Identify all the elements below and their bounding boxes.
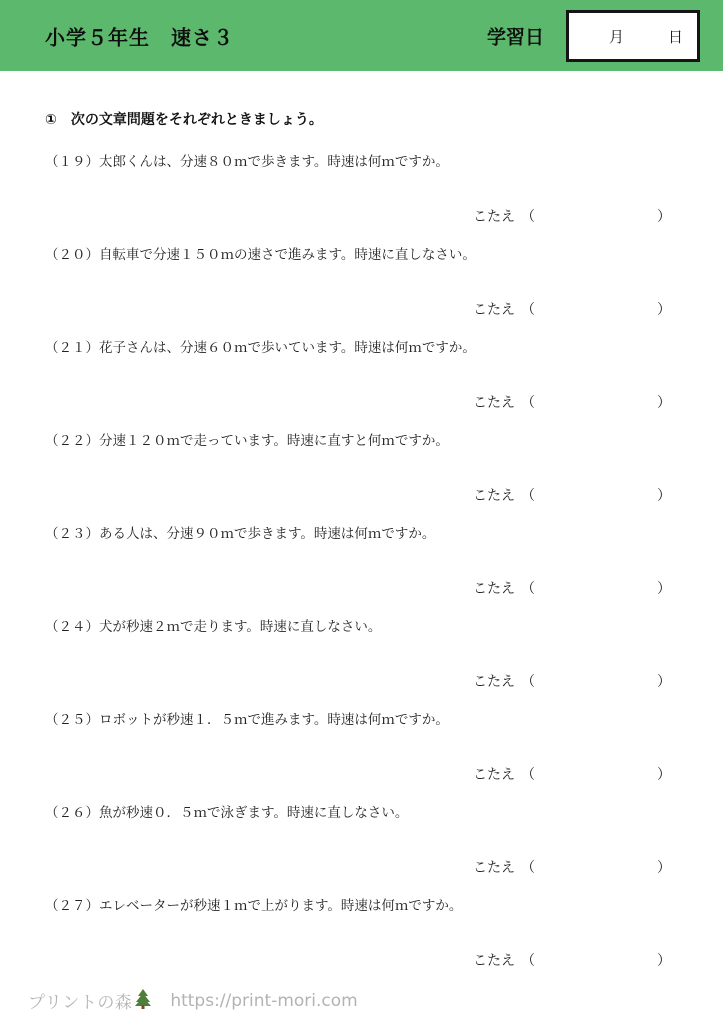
instruction-heading: ①次の文章問題をそれぞれときましょう。 xyxy=(45,111,723,130)
close-paren: ） xyxy=(657,395,671,411)
answer-label: こたえ xyxy=(473,767,515,783)
question-block: （２４）犬が秒速２ｍで走ります。時速に直しなさい。 こたえ（） xyxy=(0,618,723,692)
question-block: （１９）太郎くんは、分速８０ｍで歩きます。時速は何ｍですか。 こたえ（） xyxy=(0,153,723,227)
question-text: （２５）ロボットが秒速１．５ｍで進みます。時速は何ｍですか。 xyxy=(45,711,693,730)
pine-tree-icon xyxy=(134,989,152,1014)
answer-row: こたえ（） xyxy=(0,766,671,785)
answer-row: こたえ（） xyxy=(0,580,671,599)
open-paren: （ xyxy=(521,395,535,411)
question-text: （２６）魚が秒速０．５ｍで泳ぎます。時速に直しなさい。 xyxy=(45,804,693,823)
open-paren: （ xyxy=(521,674,535,690)
close-paren: ） xyxy=(657,581,671,597)
month-label: 月 xyxy=(609,26,624,47)
close-paren: ） xyxy=(657,302,671,318)
question-block: （２６）魚が秒速０．５ｍで泳ぎます。時速に直しなさい。 こたえ（） xyxy=(0,804,723,878)
question-block: （２２）分速１２０ｍで走っています。時速に直すと何ｍですか。 こたえ（） xyxy=(0,432,723,506)
answer-blank xyxy=(535,499,657,500)
answer-blank xyxy=(535,964,657,965)
answer-label: こたえ xyxy=(473,581,515,597)
answer-label: こたえ xyxy=(473,674,515,690)
open-paren: （ xyxy=(521,302,535,318)
question-text: （２２）分速１２０ｍで走っています。時速に直すと何ｍですか。 xyxy=(45,432,693,451)
close-paren: ） xyxy=(657,767,671,783)
answer-row: こたえ（） xyxy=(0,301,671,320)
answer-blank xyxy=(535,406,657,407)
answer-row: こたえ（） xyxy=(0,952,671,971)
close-paren: ） xyxy=(657,860,671,876)
open-paren: （ xyxy=(521,767,535,783)
worksheet-header: 小学５年生 速さ３ 学習日 月 日 xyxy=(0,0,723,71)
answer-label: こたえ xyxy=(473,209,515,225)
close-paren: ） xyxy=(657,209,671,225)
site-url: https://print-mori.com xyxy=(170,991,357,1011)
instruction-text: 次の文章問題をそれぞれときましょう。 xyxy=(71,112,323,128)
open-paren: （ xyxy=(521,860,535,876)
answer-label: こたえ xyxy=(473,860,515,876)
close-paren: ） xyxy=(657,674,671,690)
open-paren: （ xyxy=(521,953,535,969)
answer-label: こたえ xyxy=(473,395,515,411)
answer-blank xyxy=(535,220,657,221)
answer-row: こたえ（） xyxy=(0,487,671,506)
answer-row: こたえ（） xyxy=(0,673,671,692)
site-name: プリントの森 xyxy=(28,988,132,1013)
answer-label: こたえ xyxy=(473,953,515,969)
answer-label: こたえ xyxy=(473,488,515,504)
answer-blank xyxy=(535,592,657,593)
answer-row: こたえ（） xyxy=(0,859,671,878)
open-paren: （ xyxy=(521,209,535,225)
question-block: （２１）花子さんは、分速６０ｍで歩いています。時速は何ｍですか。 こたえ（） xyxy=(0,339,723,413)
question-text: （２４）犬が秒速２ｍで走ります。時速に直しなさい。 xyxy=(45,618,693,637)
question-text: （１９）太郎くんは、分速８０ｍで歩きます。時速は何ｍですか。 xyxy=(45,153,693,172)
worksheet-body: ①次の文章問題をそれぞれときましょう。 （１９）太郎くんは、分速８０ｍで歩きます… xyxy=(0,71,723,990)
day-label: 日 xyxy=(668,26,683,47)
answer-row: こたえ（） xyxy=(0,394,671,413)
answer-blank xyxy=(535,871,657,872)
close-paren: ） xyxy=(657,488,671,504)
question-text: （２０）自転車で分速１５０ｍの速さで進みます。時速に直しなさい。 xyxy=(45,246,693,265)
answer-blank xyxy=(535,313,657,314)
page-title: 小学５年生 速さ３ xyxy=(45,21,234,50)
footer: プリントの森 https://print-mori.com xyxy=(28,987,358,1014)
answer-blank xyxy=(535,778,657,779)
instruction-number: ① xyxy=(45,112,57,128)
question-block: （２５）ロボットが秒速１．５ｍで進みます。時速は何ｍですか。 こたえ（） xyxy=(0,711,723,785)
study-date-label: 学習日 xyxy=(487,22,544,49)
open-paren: （ xyxy=(521,488,535,504)
open-paren: （ xyxy=(521,581,535,597)
question-block: （２０）自転車で分速１５０ｍの速さで進みます。時速に直しなさい。 こたえ（） xyxy=(0,246,723,320)
question-block: （２７）エレベーターが秒速１ｍで上がります。時速は何ｍですか。 こたえ（） xyxy=(0,897,723,971)
question-text: （２１）花子さんは、分速６０ｍで歩いています。時速は何ｍですか。 xyxy=(45,339,693,358)
question-block: （２３）ある人は、分速９０ｍで歩きます。時速は何ｍですか。 こたえ（） xyxy=(0,525,723,599)
answer-blank xyxy=(535,685,657,686)
question-text: （２７）エレベーターが秒速１ｍで上がります。時速は何ｍですか。 xyxy=(45,897,693,916)
answer-label: こたえ xyxy=(473,302,515,318)
date-entry-box: 月 日 xyxy=(566,10,700,62)
question-text: （２３）ある人は、分速９０ｍで歩きます。時速は何ｍですか。 xyxy=(45,525,693,544)
answer-row: こたえ（） xyxy=(0,208,671,227)
close-paren: ） xyxy=(657,953,671,969)
